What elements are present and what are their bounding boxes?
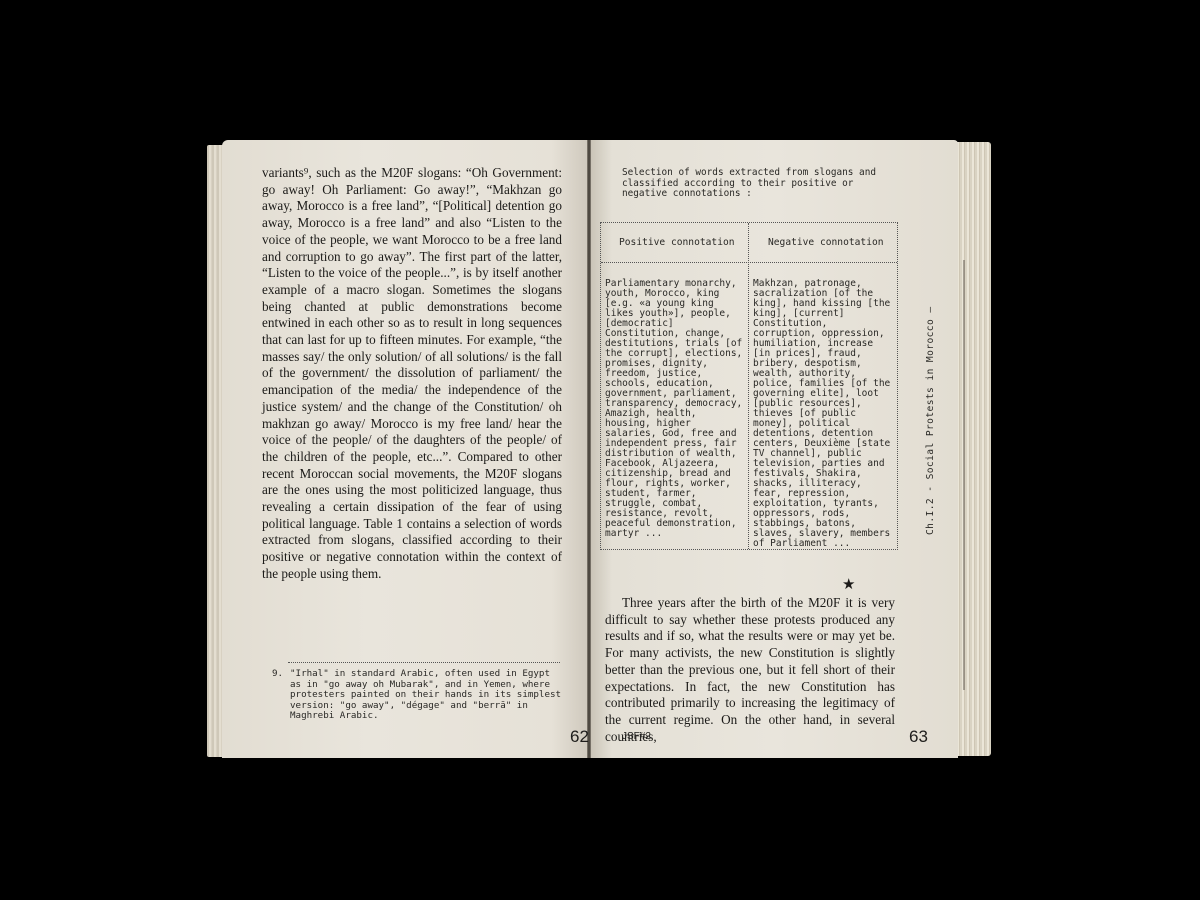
table-caption: Selection of words extracted from slogan… bbox=[622, 168, 892, 200]
footnote-text: "Irhal" in standard Arabic, often used i… bbox=[290, 669, 562, 722]
running-footer: JSF#2 bbox=[622, 731, 651, 742]
page-number-right: 63 bbox=[909, 727, 928, 747]
cell-negative-words: Makhzan, patronage, sacralization [of th… bbox=[753, 279, 895, 549]
fore-edge-mark bbox=[963, 260, 965, 690]
footnote: 9. "Irhal" in standard Arabic, often use… bbox=[272, 669, 562, 722]
left-body-text: variants⁹, such as the M20F slogans: “Oh… bbox=[262, 165, 562, 583]
left-paragraph: variants⁹, such as the M20F slogans: “Oh… bbox=[262, 165, 562, 583]
footnote-number: 9. bbox=[272, 669, 290, 722]
book-gutter bbox=[587, 140, 591, 758]
cell-positive-words: Parliamentary monarchy, youth, Morocco, … bbox=[605, 279, 747, 539]
header-positive: Positive connotation bbox=[619, 237, 735, 248]
connotation-table: Positive connotation Negative connotatio… bbox=[600, 222, 898, 550]
right-body-text: Three years after the birth of the M20F … bbox=[605, 595, 895, 745]
open-book: variants⁹, such as the M20F slogans: “Oh… bbox=[0, 0, 1200, 900]
chapter-tab: Ch.I.2 - Social Protests in Morocco — bbox=[925, 306, 936, 535]
right-page-edges bbox=[955, 142, 991, 756]
star-icon: ★ bbox=[842, 575, 855, 594]
header-negative: Negative connotation bbox=[768, 237, 884, 248]
table-column-divider bbox=[748, 223, 749, 549]
footnote-divider bbox=[288, 662, 560, 663]
page-number-left: 62 bbox=[570, 727, 589, 747]
